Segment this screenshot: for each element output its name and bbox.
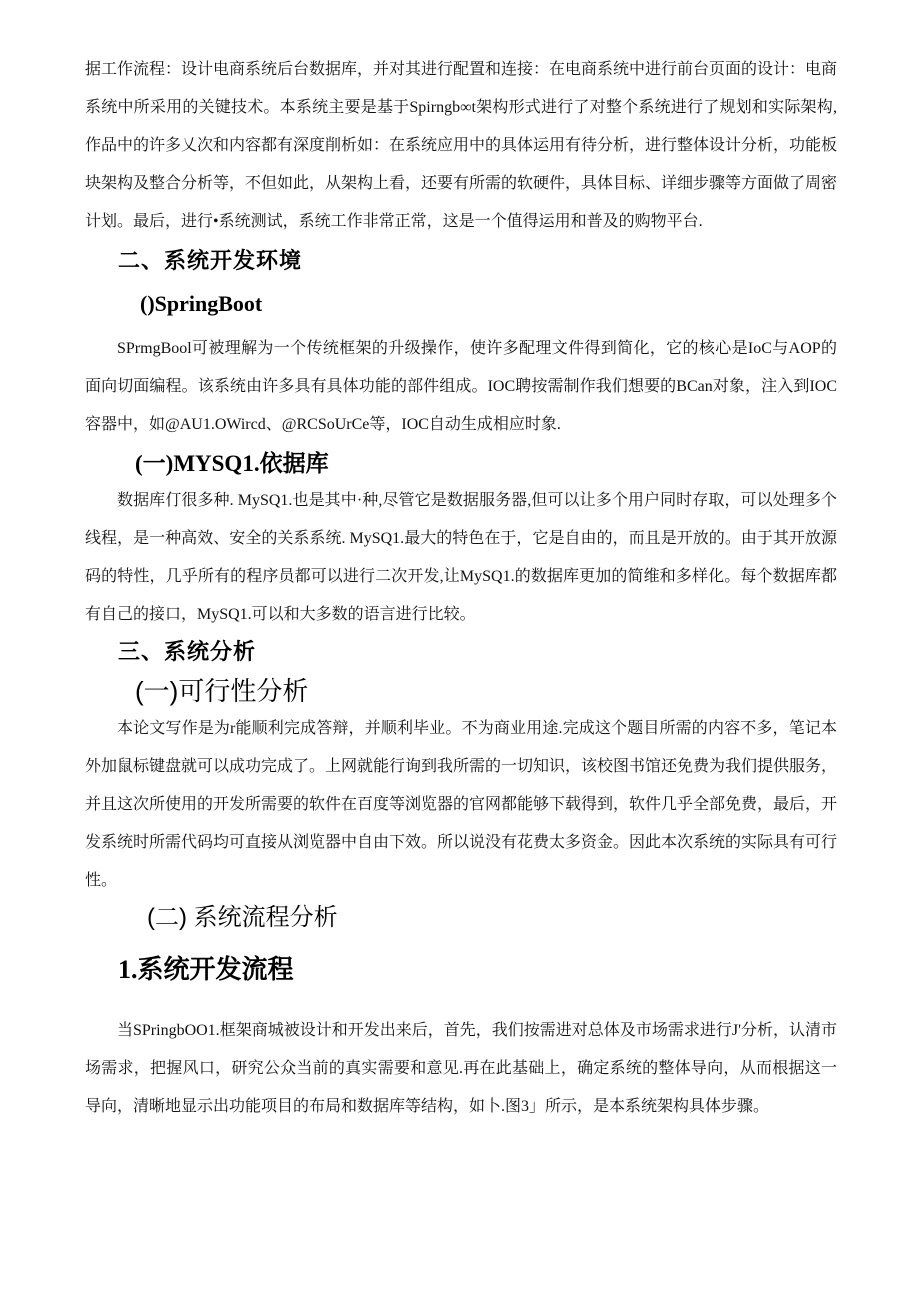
subsection-heading-mysql: (一)MYSQ1.依据库 xyxy=(135,446,837,481)
subsection-heading-flow-analysis: (二) 系统流程分析 xyxy=(147,901,837,935)
document-page: 据工作流程：设计电商系统后台数据库，并对其进行配置和连接：在电商系统中进行前台页… xyxy=(0,0,920,1301)
subsubsection-heading-dev-flow: 1.系统开发流程 xyxy=(118,951,837,988)
mysql-heading-suffix: 依据库 xyxy=(260,450,329,476)
section-heading-dev-environment: 二、系统开发环境 xyxy=(118,246,837,276)
dev-flow-title: 系统开发流程 xyxy=(138,954,294,984)
subsection-heading-springboot: ()SpringBoot xyxy=(140,289,837,319)
flow-paragraph: 当SPringbOO1.框架商城被设计和开发出来后，首先，我们按需进对总体及市场… xyxy=(85,1012,837,1126)
springboot-paragraph: SPrmgBool可被理解为一个传统框架的升级操作，使许多配理文件得到简化，它的… xyxy=(85,330,837,444)
dev-flow-number: 1. xyxy=(118,955,138,984)
subsection-heading-feasibility: (一)可行性分析 xyxy=(135,673,837,709)
feasibility-paragraph: 本论文写作是为r能顺利完成答辩，并顺利毕业。不为商业用途.完成这个题目所需的内容… xyxy=(85,710,837,900)
document-content: 据工作流程：设计电商系统后台数据库，并对其进行配置和连接：在电商系统中进行前台页… xyxy=(85,0,837,1126)
section-heading-system-analysis: 三、系统分析 xyxy=(118,637,837,667)
intro-paragraph: 据工作流程：设计电商系统后台数据库，并对其进行配置和连接：在电商系统中进行前台页… xyxy=(85,51,837,241)
mysql-paragraph: 数据库仃很多种. MySQ1.也是其中·种,尽管它是数据服务器,但可以让多个用户… xyxy=(85,482,837,634)
mysql-heading-prefix: (一)MYSQ1. xyxy=(135,451,260,476)
